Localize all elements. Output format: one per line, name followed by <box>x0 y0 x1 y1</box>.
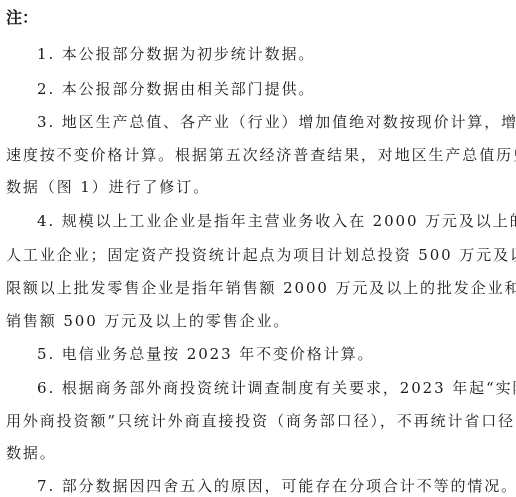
note-5-line-1: 5. 电信业务总量按 2023 年不变价格计算。 <box>37 344 516 364</box>
note-4-line-3: 限额以上批发零售企业是指年销售额 2000 万元及以上的批发企业和年 <box>6 278 512 298</box>
note-3-line-1: 3. 地区生产总值、各产业（行业）增加值绝对数按现价计算，增长 <box>37 112 516 132</box>
note-4-line-2: 人工业企业；固定资产投资统计起点为项目计划总投资 500 万元及以上； <box>6 245 512 265</box>
note-1-line-1: 1. 本公报部分数据为初步统计数据。 <box>37 44 516 64</box>
note-3-line-2: 速度按不变价格计算。根据第五次经济普查结果，对地区生产总值历史 <box>6 145 512 165</box>
note-6-line-3: 数据。 <box>6 443 512 463</box>
note-4-line-4: 销售额 500 万元及以上的零售企业。 <box>6 311 512 331</box>
note-2-line-1: 2. 本公报部分数据由相关部门提供。 <box>37 79 516 99</box>
note-3-line-3: 数据（图 1）进行了修订。 <box>6 177 512 197</box>
note-7-line-1: 7. 部分数据因四舍五入的原因，可能存在分项合计不等的情况。 <box>37 476 516 496</box>
note-4-line-1: 4. 规模以上工业企业是指年主营业务收入在 2000 万元及以上的法 <box>37 211 516 231</box>
note-6-line-1: 6. 根据商务部外商投资统计调查制度有关要求，2023 年起“实际利 <box>37 378 516 398</box>
notes-heading: 注： <box>6 8 38 28</box>
notes-page: 注： 1. 本公报部分数据为初步统计数据。 2. 本公报部分数据由相关部门提供。… <box>0 0 516 497</box>
note-6-line-2: 用外商投资额”只统计外商直接投资（商务部口径），不再统计省口径 <box>6 411 512 431</box>
